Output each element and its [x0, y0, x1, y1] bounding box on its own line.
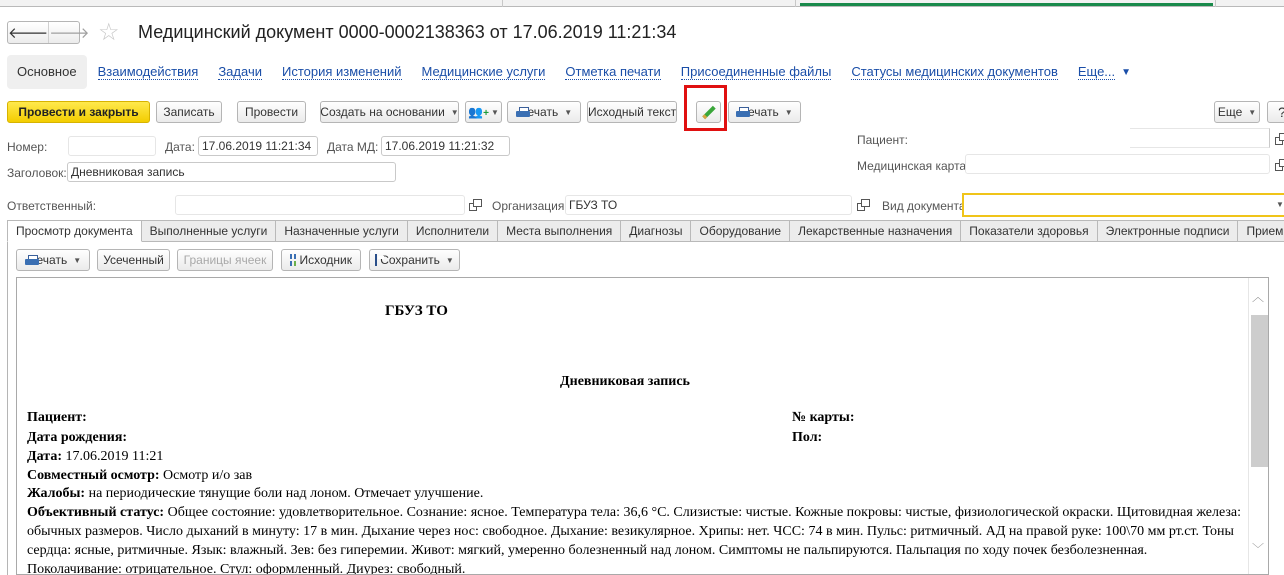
tab-health-indicators[interactable]: Показатели здоровья	[961, 220, 1097, 242]
section-more[interactable]: Еще...	[1078, 64, 1115, 80]
save-doc-label: Сохранить	[380, 253, 440, 267]
print-button[interactable]: Печать▼	[507, 101, 581, 123]
dropdown-arrow-icon: ▼	[446, 256, 454, 265]
tab-equipment[interactable]: Оборудование	[691, 220, 790, 242]
chevron-down-icon: ▼	[1121, 67, 1131, 78]
dropdown-arrow-icon: ▼	[785, 108, 793, 117]
dropdown-arrow-icon[interactable]: ▼	[1276, 200, 1284, 209]
medcard-label: Медицинская карта:	[857, 159, 969, 173]
post-and-close-button[interactable]: Провести и закрыть	[7, 101, 150, 123]
page-title: Медицинский документ 0000-0002138363 от …	[138, 22, 676, 43]
patient-label: Пациент:	[857, 133, 908, 147]
source-text-button[interactable]: Исходный текст	[587, 101, 677, 123]
source-label: Исходник	[300, 253, 352, 267]
tab-assigned-services[interactable]: Назначенные услуги	[276, 220, 408, 242]
section-history[interactable]: История изменений	[282, 64, 402, 80]
open-icon[interactable]	[857, 199, 869, 211]
doc-status-label: Объективный статус:	[27, 505, 164, 520]
tab-divider	[502, 0, 503, 7]
more-label: Еще	[1218, 105, 1242, 119]
section-print-mark[interactable]: Отметка печати	[565, 64, 660, 80]
help-button[interactable]: ?	[1267, 101, 1284, 123]
active-tab-indicator	[800, 3, 1213, 6]
patient-field[interactable]	[1130, 128, 1270, 148]
dropdown-arrow-icon: ▼	[451, 108, 459, 117]
number-field[interactable]	[68, 136, 156, 156]
doc-complaints-value: на периодические тянущие боли над лоном.…	[85, 486, 483, 501]
scroll-down-icon[interactable]: ﹀	[1252, 540, 1264, 557]
doctype-label: Вид документа:	[882, 199, 969, 213]
doc-patient: Пациент:	[27, 410, 87, 426]
post-button[interactable]: Провести	[237, 101, 306, 123]
open-icon[interactable]	[1275, 159, 1284, 171]
cell-borders-button[interactable]: Границы ячеек	[177, 249, 273, 271]
section-tasks[interactable]: Задачи	[218, 64, 262, 80]
dropdown-arrow-icon: ▼	[564, 108, 572, 117]
more-button[interactable]: Еще▼	[1214, 101, 1260, 123]
tab-locations[interactable]: Места выполнения	[498, 220, 621, 242]
tab-view-document[interactable]: Просмотр документа	[7, 220, 142, 242]
doc-date-value: 17.06.2019 11:21	[62, 449, 163, 464]
doc-complaints: Жалобы: на периодические тянущие боли на…	[27, 486, 483, 502]
tab-panel-border	[7, 242, 8, 575]
md-date-label: Дата МД:	[327, 140, 378, 154]
star-icon[interactable]: ☆	[98, 20, 120, 46]
doc-complaints-label: Жалобы:	[27, 486, 85, 501]
doc-organization: ГБУЗ ТО	[385, 303, 448, 320]
doc-date: Дата: 17.06.2019 11:21	[27, 449, 163, 465]
back-arrow-icon[interactable]: 🡐	[8, 22, 48, 43]
save-button[interactable]: Записать	[156, 101, 222, 123]
number-label: Номер:	[7, 140, 47, 154]
scroll-up-icon[interactable]: ︿	[1252, 288, 1264, 305]
users-add-icon: 👥+	[468, 105, 489, 119]
highlight-box	[684, 85, 727, 131]
doc-joint-value: Осмотр и/о зав	[160, 468, 253, 483]
tab-medications[interactable]: Лекарственные назначения	[790, 220, 961, 242]
doc-title: Дневниковая запись	[560, 374, 690, 390]
org-label: Организация:	[492, 199, 568, 213]
source-grid-icon	[290, 254, 296, 266]
create-based-on-label: Создать на основании	[320, 105, 445, 119]
org-field[interactable]: ГБУЗ ТО	[565, 195, 852, 215]
scrollbar-thumb[interactable]	[1251, 315, 1268, 467]
vertical-scrollbar[interactable]: ︿ ﹀	[1248, 278, 1268, 575]
open-icon[interactable]	[1275, 133, 1284, 145]
section-main[interactable]: Основное	[7, 55, 87, 89]
document-view[interactable]: ГБУЗ ТО Дневниковая запись Пациент: Дата…	[16, 277, 1269, 575]
save-doc-button[interactable]: Сохранить▼	[369, 249, 460, 271]
medcard-field[interactable]	[965, 154, 1270, 174]
doc-card-label: № карты:	[792, 410, 855, 426]
doc-print-button[interactable]: Печать▼	[16, 249, 90, 271]
source-button[interactable]: Исходник	[281, 249, 361, 271]
tab-divider	[795, 0, 796, 7]
doc-status-value: Общее состояние: удовлетворительное. Соз…	[27, 505, 1241, 575]
doc-birth-label: Дата рождения:	[27, 430, 127, 445]
window-tabs-strip	[0, 0, 1284, 7]
dropdown-arrow-icon: ▼	[73, 256, 81, 265]
doc-sex-label: Пол:	[792, 430, 822, 446]
doctype-field[interactable]	[962, 193, 1284, 217]
section-attached-files[interactable]: Присоединенные файлы	[681, 64, 832, 80]
doc-objective-status: Объективный статус: Общее состояние: удо…	[27, 503, 1242, 575]
print-button-2[interactable]: Печать▼	[728, 101, 801, 123]
responsible-label: Ответственный:	[7, 199, 96, 213]
doc-patient-label: Пациент:	[27, 410, 87, 425]
users-add-button[interactable]: 👥+▼	[465, 101, 502, 123]
tab-performed-services[interactable]: Выполненные услуги	[142, 220, 277, 242]
create-based-on-button[interactable]: Создать на основании▼	[320, 101, 459, 123]
md-date-field[interactable]: 17.06.2019 11:21:32	[381, 136, 510, 156]
tab-performers[interactable]: Исполнители	[408, 220, 498, 242]
date-label: Дата:	[165, 140, 195, 154]
tab-bar: Просмотр документа Выполненные услуги На…	[7, 220, 1284, 242]
date-field[interactable]: 17.06.2019 11:21:34	[198, 136, 318, 156]
header-field[interactable]: Дневниковая запись	[67, 162, 396, 182]
tab-appointments[interactable]: Приемы	[1238, 220, 1284, 242]
tab-divider	[1215, 0, 1216, 7]
more-label: Еще...	[1078, 64, 1115, 79]
tab-e-signatures[interactable]: Электронные подписи	[1098, 220, 1239, 242]
dropdown-arrow-icon: ▼	[491, 108, 499, 117]
section-medical-services[interactable]: Медицинские услуги	[422, 64, 546, 80]
navigation-buttons: 🡐 🡒	[7, 21, 80, 44]
section-nav: Основное Взаимодействия Задачи История и…	[7, 55, 1131, 89]
doc-joint-exam: Совместный осмотр: Осмотр и/о зав	[27, 468, 252, 484]
doc-date-label: Дата:	[27, 449, 62, 464]
doc-joint-label: Совместный осмотр:	[27, 468, 160, 483]
section-interactions[interactable]: Взаимодействия	[98, 64, 199, 80]
floppy-icon	[375, 254, 377, 266]
truncated-button[interactable]: Усеченный	[97, 249, 170, 271]
document-content: ГБУЗ ТО Дневниковая запись Пациент: Дата…	[17, 278, 1250, 575]
responsible-field[interactable]	[175, 195, 465, 215]
tab-diagnoses[interactable]: Диагнозы	[621, 220, 691, 242]
open-icon[interactable]	[469, 199, 481, 211]
forward-arrow-icon[interactable]: 🡒	[48, 22, 89, 43]
doc-birthdate: Дата рождения:	[27, 430, 127, 446]
dropdown-arrow-icon: ▼	[1248, 108, 1256, 117]
header-label: Заголовок:	[7, 166, 67, 180]
section-doc-statuses[interactable]: Статусы медицинских документов	[851, 64, 1058, 80]
